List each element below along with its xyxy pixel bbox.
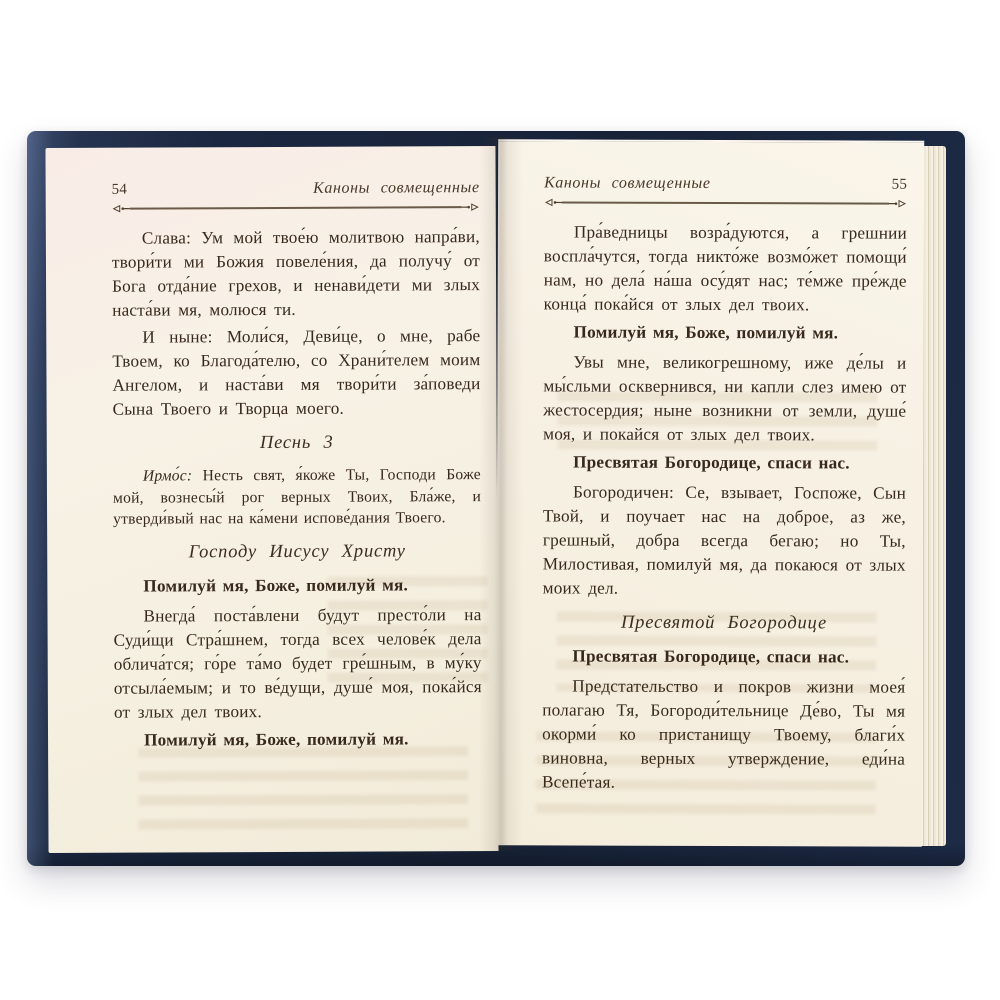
refrain: Пресвятая Богородице, спаси нас. — [543, 450, 906, 475]
book-photo: 54 Каноны совмещенные Слава: Ум мой твое… — [0, 0, 1000, 1000]
running-head: 54 Каноны совмещенные — [112, 176, 480, 202]
paragraph-bogorodichen: Богородичен: Се, взывает, Госпоже, Сын Т… — [543, 480, 906, 601]
running-head: Каноны совмещенные 55 — [544, 171, 907, 196]
paragraph-vnegda: Внегда́ поста́влени будут престо́ли на С… — [113, 603, 482, 725]
paragraph-uvy-mne: Увы мне, великогрешному, иже де́лы и мы́… — [543, 350, 906, 447]
irmos-paragraph: Ирмо́с: Несть свят, я́коже Ты, Господи Б… — [113, 464, 481, 530]
fore-edge-page-stack — [921, 146, 946, 846]
running-title: Каноны совмещенные — [313, 176, 480, 201]
rule-right-ornament — [462, 202, 480, 212]
song-heading: Песнь 3 — [113, 430, 481, 456]
refrain: Помилуй мя, Боже, помилуй мя. — [544, 320, 907, 345]
left-page: 54 Каноны совмещенные Слава: Ум мой твое… — [45, 146, 498, 853]
refrain: Помилуй мя, Боже, помилуй мя. — [114, 727, 482, 753]
rule-left-ornament — [112, 204, 130, 214]
address-heading: Пресвятой Богородице — [543, 610, 906, 635]
header-rule — [544, 197, 907, 208]
right-page: Каноны совмещенные 55 Пра́ведницы возра́… — [496, 139, 924, 846]
refrain: Пресвятая Богородице, спаси нас. — [542, 644, 905, 669]
paragraph-i-nyne: И ныне: Моли́ся, Деви́це, о мне, рабе Тв… — [112, 324, 480, 422]
paragraph-pravednitsy: Пра́ведницы возра́дуются, а грешнии восп… — [544, 220, 907, 317]
running-title: Каноны совмещенные — [544, 171, 711, 196]
bleed-through-mark — [138, 746, 468, 837]
paragraph-predstatelstvo: Предстательство и покров жизни моея́ пол… — [542, 674, 905, 795]
rule-right-ornament — [889, 199, 907, 209]
rule-line — [130, 207, 462, 210]
paragraph-slava: Слава: Ум мой твое́ю молитвою напра́ви, … — [112, 225, 480, 323]
refrain: Помилуй мя, Боже, помилуй мя. — [113, 573, 481, 599]
rule-left-ornament — [544, 197, 562, 207]
page-number: 55 — [892, 173, 907, 197]
rule-line — [562, 202, 889, 204]
page-number: 54 — [112, 178, 128, 202]
header-rule — [112, 202, 480, 214]
irmos-label: Ирмо́с: — [143, 467, 192, 484]
address-heading: Господу Иисусу Христу — [113, 539, 481, 565]
